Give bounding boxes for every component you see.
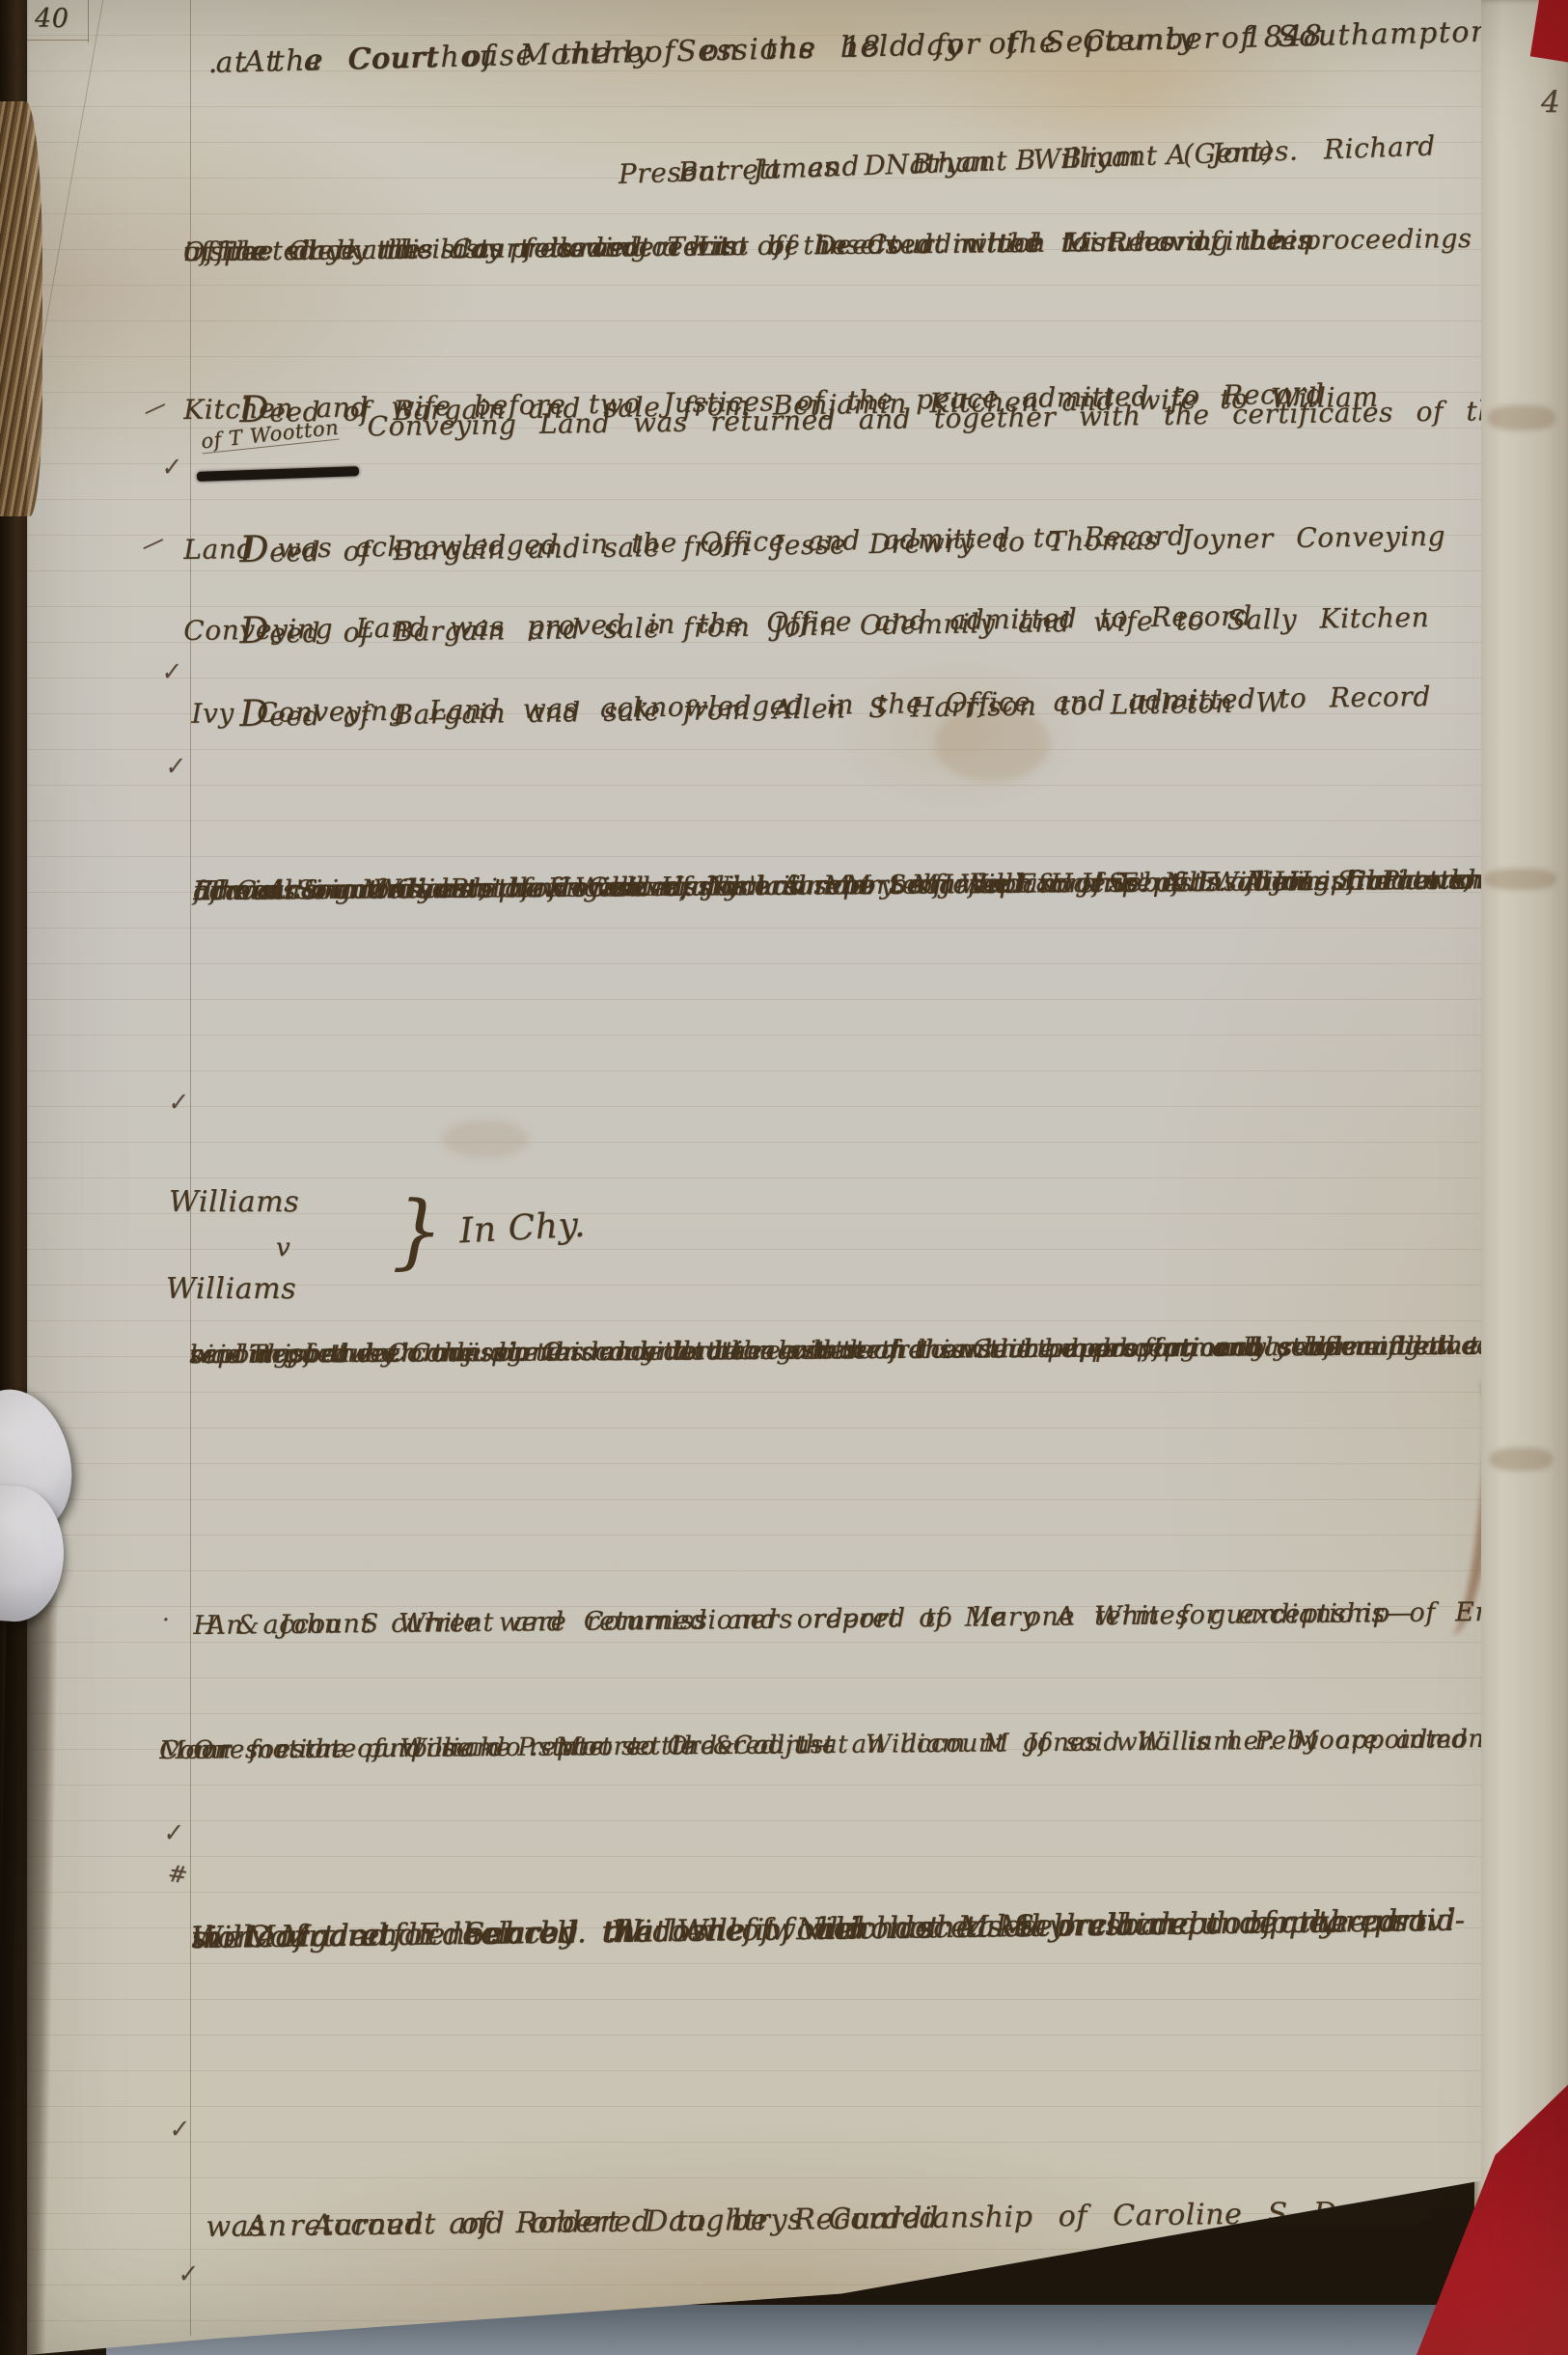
margin-check-mark: ✓ xyxy=(158,657,181,687)
margin-check-mark: ✓ xyxy=(160,1818,183,1848)
margin-check-mark: ✓ xyxy=(175,2259,198,2289)
margin-hash-mark: # xyxy=(166,1860,189,1890)
ruled-lines xyxy=(27,0,1481,2355)
manuscript-line: firmed & ordered to be recorded. xyxy=(193,867,693,912)
adjacent-page-edge xyxy=(1474,0,1568,2355)
margin-check-mark: ✓ xyxy=(166,2115,189,2145)
show-through-smudge xyxy=(1488,405,1555,430)
manuscript-line: of the day and is as follows to wit xyxy=(183,229,730,271)
page-number: 40 xyxy=(35,4,69,34)
manuscript-line: was returned and ordered to be Recorded xyxy=(206,2192,939,2254)
case-brace: } xyxy=(392,1183,443,1278)
margin-check-mark: ✓ xyxy=(165,1088,188,1118)
manuscript-photo: 4 40 . At a Court of Monthly Sessions he… xyxy=(0,0,1568,2355)
case-plaintiff: Williams xyxy=(169,1185,299,1219)
manuscript-line: Will. xyxy=(191,1913,263,1962)
manuscript-line: Moores estate and make report to the Cou… xyxy=(159,1725,835,1772)
case-defendant: Williams xyxy=(166,1272,296,1306)
margin-check-mark: ✓ xyxy=(162,752,185,782)
margin-rule-line xyxy=(190,0,191,2336)
case-court-chancery: In Chy. xyxy=(458,1205,587,1252)
show-through-smudge xyxy=(1484,869,1556,890)
margin-check-mark: ✓ xyxy=(158,453,181,483)
stain xyxy=(442,1120,529,1158)
corner-rule-horizontal xyxy=(27,40,89,41)
right-page-number: 4 xyxy=(1541,85,1560,120)
manuscript-page: 40 . At a Court of Monthly Sessions held… xyxy=(27,0,1481,2355)
case-versus: v xyxy=(276,1233,290,1262)
corner-rule-vertical xyxy=(88,0,89,42)
stacked-page-edges xyxy=(0,101,42,516)
show-through-smudge xyxy=(1490,1448,1553,1471)
